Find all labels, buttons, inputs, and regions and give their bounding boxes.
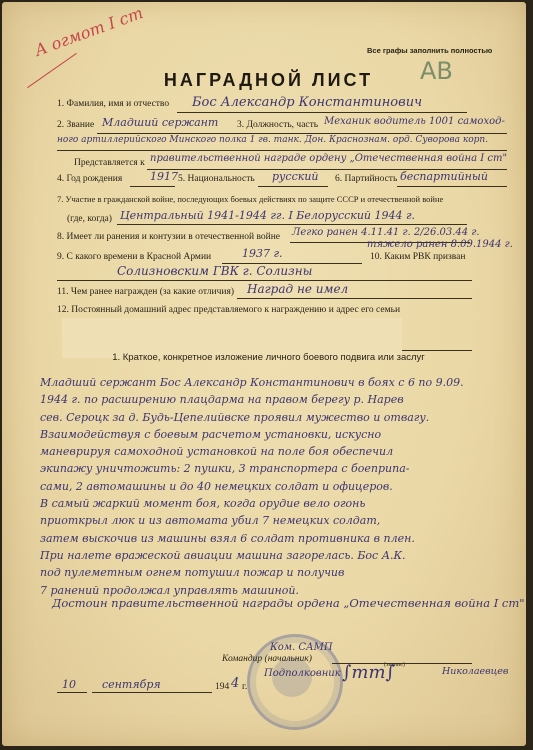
field-12-label: 12. Постоянный домашний адрес представля… [57,305,400,315]
field-3-label: 3. Должность, часть [237,120,318,130]
field-3-line2 [57,150,507,151]
field-9-label: 9. С какого времени в Красной Армии [57,252,211,262]
story-line: сев. Сероцк за д. Будь-Цепелийвске прояв… [40,409,520,426]
story-line: Младший сержант Бос Александр Константин… [40,374,520,391]
story-line: под пулеметным огнем потушил пожар и пол… [40,564,520,581]
field-12-line [402,350,472,351]
signature-scribble: ∫mm∫ [342,662,395,683]
field-8-value-line1: Легко ранен 4.11.41 г. 2/26.03.44 г. [292,227,480,238]
story-text: Младший сержант Бос Александр Константин… [40,374,520,599]
date-day: 10 [62,678,76,691]
field-1-value: Бос Александр Константинович [192,95,422,110]
conclusion-text: Достоин правительственной награды ордена… [52,596,525,610]
presented-value: правительственной награде ордену „Отечес… [150,153,507,164]
field-7-line [117,224,467,225]
fill-all-instruction: Все графы заполнить полностью [367,46,492,55]
story-line: маневрируя самоходной установкой на поле… [40,443,520,460]
field-6-line [397,186,507,187]
story-line: В самый жаркий момент боя, когда орудие … [40,495,520,512]
signature-name: Николаевцев [442,666,508,677]
field-1-label: 1. Фамилия, имя и отчество [57,99,169,109]
field-2-label: 2. Звание [57,120,94,130]
document-title: НАГРАДНОЙ ЛИСТ [2,70,533,91]
story-line: При налете вражеской авиации машина заго… [40,547,520,564]
field-5-label: 5. Национальность [178,174,255,184]
date-day-line [57,692,87,693]
award-document-page: А огмот I ст АВ Все графы заполнить полн… [2,2,526,746]
commander-label: Командир (начальник) [222,654,312,664]
story-line: приоткрыл люк и из автомата убил 7 немец… [40,512,520,529]
stamp-handwritten: Ком. САМП [270,642,333,653]
field-5-value: русский [272,170,318,183]
field-9-value: 1937 г. [242,247,283,260]
date-month: сентября [102,678,161,691]
story-line: экипажу уничтожить: 2 пушки, 3 транспорт… [40,460,520,477]
field-7-value: Центральный 1941-1944 гг. I Белорусский … [120,209,415,222]
date-year-suffix: 4 [231,676,239,691]
field-7-label-line1: 7. Участие в гражданской войне, последую… [57,194,443,204]
date-year-end: г. [242,682,247,692]
red-annotation: А огмот I ст [32,3,145,60]
field-4-value: 1917 [150,170,178,183]
section-heading: 1. Краткое, конкретное изложение личного… [2,352,533,363]
field-5-line [258,186,328,187]
field-3-line1 [97,133,507,134]
story-line: 1944 г. по расширению плацдарма на право… [40,391,520,408]
field-11-value: Наград не имел [247,282,348,296]
field-2-value: Младший сержант [102,116,218,129]
story-line: Взаимодействуя с боевым расчетом установ… [40,426,520,443]
field-6-label: 6. Партийность [335,174,397,184]
field-8-label: 8. Имеет ли ранения и контузии в отечест… [57,232,280,242]
date-month-line [92,692,212,693]
date-year-prefix: 194 [215,682,229,692]
field-11-line [237,298,472,299]
field-3-value-line1: Механик водитель 1001 самоход- [324,116,505,127]
signature-rank: Подполковник [264,668,341,679]
field-1-line [177,112,467,113]
field-11-label: 11. Чем ранее награжден (за какие отличи… [57,287,234,297]
field-6-value: беспартийный [400,170,488,183]
field-7-label-line2: (где, когда) [67,214,112,224]
field-3-value-line2: ного артиллерийского Минского полка 1 гв… [57,135,488,145]
field-4-label: 4. Год рождения [57,174,122,184]
field-8-value-line2: тяжело ранен 8.09.1944 г. [367,239,513,250]
field-10-value: Солизновским ГВК г. Солизны [117,264,312,278]
field-4-line [130,186,175,187]
field-10-line [57,280,472,281]
field-10-label: 10. Каким РВК призван [370,252,465,262]
story-line: сами, 2 автомашины и до 40 немецких солд… [40,478,520,495]
presented-label: Представляется к [74,158,145,168]
story-line: затем выскочив из машины взял 6 солдат п… [40,530,520,547]
